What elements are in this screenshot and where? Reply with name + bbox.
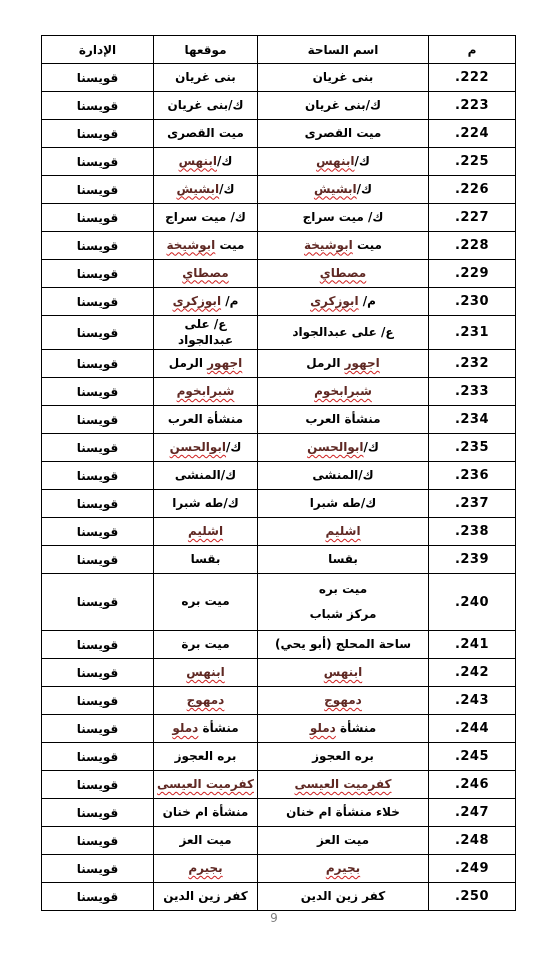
word: كفر زين الدين [301, 889, 386, 903]
text-line: ك/ابنهس [156, 154, 255, 170]
cell-location: ع/ على عبدالجواد [154, 316, 258, 350]
text-line: بجيرم [156, 861, 255, 877]
misspelled-word: دمهوج [324, 693, 362, 707]
cell-location: ك/ابنهس [154, 148, 258, 176]
table-row: .240ميت برهمركز شبابميت برهقويسنا [42, 574, 516, 631]
table-row: .226ك/ابشيشك/ابشيشقويسنا [42, 176, 516, 204]
cell-location: ك/ ميت سراج [154, 204, 258, 232]
cell-location: بجيرم [154, 855, 258, 883]
word: منشأة [198, 721, 238, 735]
cell-number: .223 [429, 92, 516, 120]
misspelled-word: ابوالحسن [307, 440, 363, 454]
cell-arena-name: ك/المنشى [258, 462, 429, 490]
table-row: .244منشأة دملومنشأة دملوقويسنا [42, 715, 516, 743]
cell-location: بره العجوز [154, 743, 258, 771]
cell-admin: قويسنا [42, 232, 154, 260]
text-line: بقسا [260, 552, 426, 568]
table-row: .247خلاء منشأة ام خنانمنشأة ام خنانقويسن… [42, 799, 516, 827]
word: ك/ ميت سراج [303, 210, 384, 224]
cell-number: .234 [429, 406, 516, 434]
table-row: .232اجهور الرملاجهور الرملقويسنا [42, 350, 516, 378]
misspelled-word: دملو [172, 721, 198, 735]
text-line: دمهوج [260, 693, 426, 709]
cell-location: بقسا [154, 546, 258, 574]
text-line: مركز شباب [260, 607, 426, 623]
cell-number: .232 [429, 350, 516, 378]
text-line: كفر زين الدين [156, 889, 255, 905]
cell-number: .231 [429, 316, 516, 350]
misspelled-word: مصطاي [182, 266, 228, 280]
text-line: ك/ابوالحسن [156, 440, 255, 456]
text-line: منشأة العرب [260, 412, 426, 428]
cell-admin: قويسنا [42, 827, 154, 855]
table-row: .249بجيرمبجيرمقويسنا [42, 855, 516, 883]
text-line: اجهور الرمل [260, 356, 426, 372]
word: منشأة العرب [168, 412, 243, 426]
cell-arena-name: ساحة المحلج (أبو يحي) [258, 631, 429, 659]
word: ك/ [357, 182, 372, 196]
text-line: بره العجوز [156, 749, 255, 765]
cell-number: .222 [429, 64, 516, 92]
word: م/ [221, 294, 238, 308]
misspelled-word: اجهور [345, 356, 380, 370]
cell-arena-name: اجهور الرمل [258, 350, 429, 378]
word: خلاء منشأة ام خنان [286, 805, 400, 819]
text-line: بقسا [156, 552, 255, 568]
cell-admin: قويسنا [42, 799, 154, 827]
cell-arena-name: ك/ ميت سراج [258, 204, 429, 232]
cell-arena-name: ميت العز [258, 827, 429, 855]
cell-admin: قويسنا [42, 462, 154, 490]
cell-arena-name: بقسا [258, 546, 429, 574]
text-line: بنى غريان [260, 70, 426, 86]
cell-number: .227 [429, 204, 516, 232]
cell-admin: قويسنا [42, 176, 154, 204]
cell-number: .226 [429, 176, 516, 204]
cell-admin: قويسنا [42, 406, 154, 434]
cell-arena-name: مصطاي [258, 260, 429, 288]
cell-arena-name: ابنهس [258, 659, 429, 687]
cell-arena-name: شبرابخوم [258, 378, 429, 406]
text-line: ميت القصرى [260, 126, 426, 142]
cell-arena-name: ك/ابوالحسن [258, 434, 429, 462]
text-line: م/ ابوزكرى [156, 294, 255, 310]
word: منشأة ام خنان [163, 805, 249, 819]
cell-admin: قويسنا [42, 148, 154, 176]
table-row: .230م/ ابوزكرىم/ ابوزكرىقويسنا [42, 288, 516, 316]
word: ميت القصرى [305, 126, 382, 140]
misspelled-word: ابشيش [314, 182, 357, 196]
cell-location: مصطاي [154, 260, 258, 288]
misspelled-word: ابوزكرى [173, 294, 222, 308]
cell-location: اشليم [154, 518, 258, 546]
table-row: .246كفرميت العيسىكفرميت العيسىقويسنا [42, 771, 516, 799]
cell-location: كفر زين الدين [154, 883, 258, 911]
cell-number: .240 [429, 574, 516, 631]
word: م/ [359, 294, 376, 308]
cell-number: .249 [429, 855, 516, 883]
cell-number: .248 [429, 827, 516, 855]
misspelled-word: اشليم [325, 524, 360, 538]
misspelled-word: مصطاي [320, 266, 366, 280]
text-line: منشأة ام خنان [156, 805, 255, 821]
word: ك/ [364, 440, 379, 454]
text-line: ك/المنشى [156, 468, 255, 484]
misspelled-word: دملو [310, 721, 336, 735]
cell-location: ك/بنى غريان [154, 92, 258, 120]
text-line: ك/ابوالحسن [260, 440, 426, 456]
cell-location: اجهور الرمل [154, 350, 258, 378]
cell-admin: قويسنا [42, 204, 154, 232]
word: ميت العز [179, 833, 231, 847]
table-row: .231ع/ على عبدالجوادع/ على عبدالجوادقويس… [42, 316, 516, 350]
word: ك/طه شبرا [310, 496, 376, 510]
word: بقسا [191, 552, 221, 566]
misspelled-word: ابوشيخة [304, 238, 353, 252]
text-line: بره العجوز [260, 749, 426, 765]
cell-number: .242 [429, 659, 516, 687]
cell-number: .237 [429, 490, 516, 518]
text-line: اشليم [260, 524, 426, 540]
text-line: ك/طه شبرا [156, 496, 255, 512]
text-line: ميت ابوشيخة [260, 238, 426, 254]
text-line: اجهور الرمل [156, 356, 255, 372]
header-location: موقعها [154, 36, 258, 64]
table-body: .222بنى غريانبنى غريانقويسنا.223ك/بنى غر… [42, 64, 516, 911]
cell-location: ك/ابشيش [154, 176, 258, 204]
cell-number: .233 [429, 378, 516, 406]
text-line: ساحة المحلج (أبو يحي) [260, 637, 426, 653]
text-line: ميت القصرى [156, 126, 255, 142]
cell-arena-name: ميت ابوشيخة [258, 232, 429, 260]
cell-number: .229 [429, 260, 516, 288]
cell-number: .224 [429, 120, 516, 148]
arenas-table: م اسم الساحة موقعها الإدارة .222بنى غريا… [41, 35, 516, 911]
text-line: بجيرم [260, 861, 426, 877]
word: ك/المنشى [175, 468, 236, 482]
word: ميت برة [181, 637, 229, 651]
misspelled-word: بجيرم [188, 861, 222, 875]
cell-location: ابنهس [154, 659, 258, 687]
cell-admin: قويسنا [42, 771, 154, 799]
text-line: ك/بنى غريان [260, 98, 426, 114]
table-row: .245بره العجوزبره العجوزقويسنا [42, 743, 516, 771]
cell-arena-name: اشليم [258, 518, 429, 546]
text-line: دمهوج [156, 693, 255, 709]
cell-admin: قويسنا [42, 288, 154, 316]
cell-location: منشأة ام خنان [154, 799, 258, 827]
table-row: .238اشليماشليمقويسنا [42, 518, 516, 546]
cell-arena-name: ك/طه شبرا [258, 490, 429, 518]
word: ك/ [226, 440, 241, 454]
table-row: .236ك/المنشىك/المنشىقويسنا [42, 462, 516, 490]
word: ساحة المحلج (أبو يحي) [275, 637, 411, 651]
misspelled-word: ابنهس [179, 154, 217, 168]
text-line: مصطاي [260, 266, 426, 282]
table-row: .234منشأة العربمنشأة العربقويسنا [42, 406, 516, 434]
misspelled-word: اشليم [188, 524, 223, 538]
cell-location: م/ ابوزكرى [154, 288, 258, 316]
document-page: م اسم الساحة موقعها الإدارة .222بنى غريا… [0, 0, 548, 977]
text-line: منشأة دملو [156, 721, 255, 737]
misspelled-word: ابنهس [316, 154, 354, 168]
word: الرمل [306, 356, 344, 370]
word: ك/طه شبرا [172, 496, 238, 510]
cell-arena-name: ميت برهمركز شباب [258, 574, 429, 631]
cell-arena-name: دمهوج [258, 687, 429, 715]
table-row: .227ك/ ميت سراجك/ ميت سراجقويسنا [42, 204, 516, 232]
table-row: .235ك/ابوالحسنك/ابوالحسنقويسنا [42, 434, 516, 462]
cell-location: شبرابخوم [154, 378, 258, 406]
word: ميت [215, 238, 244, 252]
misspelled-word: كفرميت العيسى [157, 777, 254, 791]
misspelled-word: شبرابخوم [314, 384, 372, 398]
word: ك/ [219, 182, 234, 196]
word: بنى غريان [313, 70, 374, 84]
text-line: ميت العز [260, 833, 426, 849]
table-row: .224ميت القصرىميت القصرىقويسنا [42, 120, 516, 148]
cell-admin: قويسنا [42, 715, 154, 743]
cell-admin: قويسنا [42, 260, 154, 288]
misspelled-word: ابوشيخة [167, 238, 216, 252]
word: مركز شباب [310, 607, 377, 621]
word: بره العجوز [175, 749, 237, 763]
table-row: .248ميت العزميت العزقويسنا [42, 827, 516, 855]
cell-admin: قويسنا [42, 631, 154, 659]
word: ميت [353, 238, 382, 252]
cell-number: .244 [429, 715, 516, 743]
word: ع/ على عبدالجواد [292, 325, 393, 339]
cell-location: ك/ابوالحسن [154, 434, 258, 462]
table-row: .242ابنهسابنهسقويسنا [42, 659, 516, 687]
misspelled-word: شبرابخوم [177, 384, 235, 398]
cell-number: .243 [429, 687, 516, 715]
text-line: ك/طه شبرا [260, 496, 426, 512]
word: ك/ [355, 154, 370, 168]
cell-arena-name: م/ ابوزكرى [258, 288, 429, 316]
text-line: بنى غريان [156, 70, 255, 86]
text-line: ميت برة [156, 637, 255, 653]
word: ك/ [217, 154, 232, 168]
cell-location: دمهوج [154, 687, 258, 715]
header-num: م [429, 36, 516, 64]
word: ع/ على عبدالجواد [178, 317, 233, 347]
page-number: 9 [0, 911, 548, 925]
cell-arena-name: ع/ على عبدالجواد [258, 316, 429, 350]
cell-number: .241 [429, 631, 516, 659]
text-line: ع/ على عبدالجواد [260, 325, 426, 341]
word: ميت بره [319, 582, 367, 596]
cell-location: ك/المنشى [154, 462, 258, 490]
cell-admin: قويسنا [42, 120, 154, 148]
text-line: ميت ابوشيخة [156, 238, 255, 254]
table-row: .241ساحة المحلج (أبو يحي)ميت برةقويسنا [42, 631, 516, 659]
header-admin: الإدارة [42, 36, 154, 64]
text-line: خلاء منشأة ام خنان [260, 805, 426, 821]
cell-number: .250 [429, 883, 516, 911]
misspelled-word: ابوالحسن [170, 440, 226, 454]
cell-admin: قويسنا [42, 687, 154, 715]
cell-admin: قويسنا [42, 350, 154, 378]
cell-admin: قويسنا [42, 883, 154, 911]
header-arena-name: اسم الساحة [258, 36, 429, 64]
cell-arena-name: ك/ابشيش [258, 176, 429, 204]
cell-location: بنى غريان [154, 64, 258, 92]
misspelled-word: اجهور [207, 356, 242, 370]
cell-number: .247 [429, 799, 516, 827]
table-row: .228ميت ابوشيخةميت ابوشيخةقويسنا [42, 232, 516, 260]
cell-number: .238 [429, 518, 516, 546]
text-line: ك/ابنهس [260, 154, 426, 170]
text-line: ك/ابشيش [156, 182, 255, 198]
table-row: .237ك/طه شبراك/طه شبراقويسنا [42, 490, 516, 518]
cell-location: كفرميت العيسى [154, 771, 258, 799]
word: ميت القصرى [167, 126, 244, 140]
cell-admin: قويسنا [42, 659, 154, 687]
header-row: م اسم الساحة موقعها الإدارة [42, 36, 516, 64]
misspelled-word: ابنهس [324, 665, 362, 679]
table-row: .225ك/ابنهسك/ابنهسقويسنا [42, 148, 516, 176]
text-line: ك/ ميت سراج [156, 210, 255, 226]
text-line: م/ ابوزكرى [260, 294, 426, 310]
cell-admin: قويسنا [42, 490, 154, 518]
text-line: مصطاي [156, 266, 255, 282]
cell-arena-name: ك/بنى غريان [258, 92, 429, 120]
cell-arena-name: خلاء منشأة ام خنان [258, 799, 429, 827]
word: كفر زين الدين [163, 889, 248, 903]
word: الرمل [169, 356, 207, 370]
word: ك/بنى غريان [305, 98, 381, 112]
cell-location: ميت العز [154, 827, 258, 855]
text-line: ع/ على عبدالجواد [156, 317, 255, 348]
misspelled-word: كفرميت العيسى [295, 777, 392, 791]
cell-arena-name: بره العجوز [258, 743, 429, 771]
cell-location: منشأة العرب [154, 406, 258, 434]
cell-number: .225 [429, 148, 516, 176]
table-row: .250كفر زين الدينكفر زين الدينقويسنا [42, 883, 516, 911]
text-line: شبرابخوم [260, 384, 426, 400]
word: ك/بنى غريان [167, 98, 243, 112]
table-row: .229مصطايمصطايقويسنا [42, 260, 516, 288]
cell-arena-name: ك/ابنهس [258, 148, 429, 176]
misspelled-word: ابشيش [176, 182, 219, 196]
cell-number: .245 [429, 743, 516, 771]
word: ميت العز [317, 833, 369, 847]
word: ك/المنشى [312, 468, 373, 482]
text-line: شبرابخوم [156, 384, 255, 400]
cell-admin: قويسنا [42, 316, 154, 350]
cell-arena-name: بجيرم [258, 855, 429, 883]
text-line: ميت بره [260, 582, 426, 598]
word: ميت بره [181, 594, 229, 608]
table-row: .239بقسابقساقويسنا [42, 546, 516, 574]
cell-arena-name: ميت القصرى [258, 120, 429, 148]
word: بقسا [328, 552, 358, 566]
cell-number: .230 [429, 288, 516, 316]
cell-arena-name: منشأة العرب [258, 406, 429, 434]
cell-number: .246 [429, 771, 516, 799]
cell-location: ميت ابوشيخة [154, 232, 258, 260]
text-line: ك/ابشيش [260, 182, 426, 198]
cell-arena-name: منشأة دملو [258, 715, 429, 743]
cell-admin: قويسنا [42, 518, 154, 546]
misspelled-word: دمهوج [187, 693, 225, 707]
word: منشأة العرب [305, 412, 380, 426]
table-row: .243دمهوجدمهوجقويسنا [42, 687, 516, 715]
cell-admin: قويسنا [42, 546, 154, 574]
cell-location: ميت برة [154, 631, 258, 659]
text-line: ك/بنى غريان [156, 98, 255, 114]
table-row: .222بنى غريانبنى غريانقويسنا [42, 64, 516, 92]
cell-number: .228 [429, 232, 516, 260]
cell-arena-name: كفر زين الدين [258, 883, 429, 911]
text-line: ميت بره [156, 594, 255, 610]
cell-location: ميت بره [154, 574, 258, 631]
cell-location: منشأة دملو [154, 715, 258, 743]
cell-number: .235 [429, 434, 516, 462]
cell-admin: قويسنا [42, 92, 154, 120]
word: منشأة [336, 721, 376, 735]
cell-admin: قويسنا [42, 64, 154, 92]
table-row: .223ك/بنى غريانك/بنى غريانقويسنا [42, 92, 516, 120]
cell-admin: قويسنا [42, 434, 154, 462]
word: ك/ ميت سراج [165, 210, 246, 224]
cell-arena-name: كفرميت العيسى [258, 771, 429, 799]
cell-number: .239 [429, 546, 516, 574]
word: بنى غريان [175, 70, 236, 84]
cell-location: ك/طه شبرا [154, 490, 258, 518]
misspelled-word: ابوزكرى [310, 294, 359, 308]
text-line: ك/ ميت سراج [260, 210, 426, 226]
text-line: ابنهس [260, 665, 426, 681]
text-line: منشأة العرب [156, 412, 255, 428]
cell-arena-name: بنى غريان [258, 64, 429, 92]
cell-admin: قويسنا [42, 743, 154, 771]
cell-admin: قويسنا [42, 378, 154, 406]
cell-admin: قويسنا [42, 574, 154, 631]
text-line: ابنهس [156, 665, 255, 681]
text-line: منشأة دملو [260, 721, 426, 737]
word: بره العجوز [312, 749, 374, 763]
cell-location: ميت القصرى [154, 120, 258, 148]
text-line: ميت العز [156, 833, 255, 849]
cell-admin: قويسنا [42, 855, 154, 883]
misspelled-word: ابنهس [186, 665, 224, 679]
text-line: كفرميت العيسى [156, 777, 255, 793]
misspelled-word: بجيرم [326, 861, 360, 875]
cell-number: .236 [429, 462, 516, 490]
table-row: .233شبرابخومشبرابخومقويسنا [42, 378, 516, 406]
text-line: كفر زين الدين [260, 889, 426, 905]
text-line: ك/المنشى [260, 468, 426, 484]
text-line: اشليم [156, 524, 255, 540]
text-line: كفرميت العيسى [260, 777, 426, 793]
